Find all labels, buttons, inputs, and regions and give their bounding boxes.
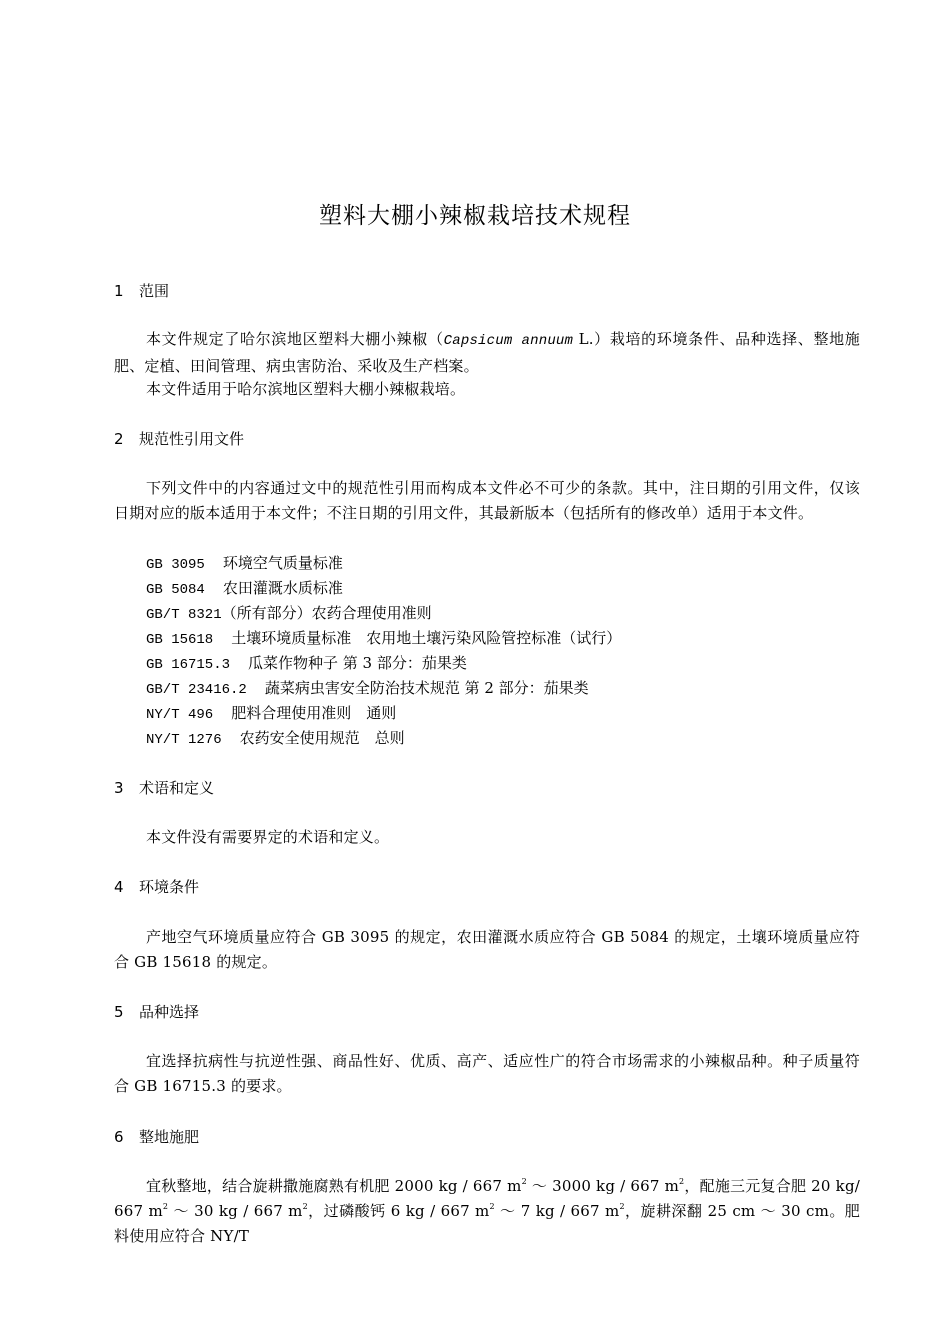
text-run: ～ 30 kg / 667 m: [168, 1202, 302, 1220]
reference-title: 农田灌溉水质标准: [223, 579, 343, 597]
reference-title: 肥料合理使用准则 通则: [231, 704, 396, 722]
reference-title: 蔬菜病虫害安全防治技术规范 第 2 部分：茄果类: [265, 679, 589, 697]
reference-title: （所有部分）农药合理使用准则: [222, 604, 432, 622]
reference-item: GB 15618土壤环境质量标准 农用地土壤污染风险管控标准（试行）: [146, 626, 621, 653]
scientific-name: Capsicum annuum: [444, 333, 574, 349]
text-run: ～ 3000 kg / 667 m: [527, 1177, 679, 1195]
section-title: 范围: [139, 282, 169, 300]
section-title: 品种选择: [139, 1003, 199, 1021]
variety-paragraph: 宜选择抗病性与抗逆性强、商品性好、优质、高产、适应性广的符合市场需求的小辣椒品种…: [114, 1049, 860, 1099]
reference-title: 农药安全使用规范 总则: [240, 729, 405, 747]
section-heading-1: 1范围: [114, 281, 169, 301]
reference-item: GB 5084农田灌溉水质标准: [146, 576, 343, 603]
reference-code: NY/T 1276: [146, 732, 222, 748]
section-number: 1: [114, 281, 139, 301]
scope-paragraph: 本文件规定了哈尔滨地区塑料大棚小辣椒（Capsicum annuum L.）栽培…: [114, 327, 860, 379]
reference-title: 瓜菜作物种子 第 3 部分：茄果类: [248, 654, 467, 672]
reference-code: GB/T 8321: [146, 607, 222, 623]
reference-code: GB 3095: [146, 557, 205, 573]
section-heading-6: 6整地施肥: [114, 1127, 199, 1147]
reference-item: GB/T 8321（所有部分）农药合理使用准则: [146, 601, 432, 628]
section-number: 4: [114, 877, 139, 897]
section-title: 整地施肥: [139, 1128, 199, 1146]
reference-code: NY/T 496: [146, 707, 213, 723]
section-title: 规范性引用文件: [139, 430, 244, 448]
terms-paragraph: 本文件没有需要界定的术语和定义。: [114, 825, 860, 850]
section-number: 5: [114, 1002, 139, 1022]
section-number: 3: [114, 778, 139, 798]
reference-item: NY/T 1276农药安全使用规范 总则: [146, 726, 405, 753]
section-title: 术语和定义: [139, 779, 214, 797]
text-run: ，过磷酸钙 6 kg / 667 m: [308, 1202, 490, 1220]
reference-code: GB 15618: [146, 632, 213, 648]
reference-item: GB 16715.3瓜菜作物种子 第 3 部分：茄果类: [146, 651, 467, 678]
environment-paragraph: 产地空气环境质量应符合 GB 3095 的规定，农田灌溉水质应符合 GB 508…: [114, 925, 860, 975]
text-run: ～ 7 kg / 667 m: [495, 1202, 620, 1220]
reference-title: 环境空气质量标准: [223, 554, 343, 572]
reference-title: 土壤环境质量标准 农用地土壤污染风险管控标准（试行）: [231, 629, 621, 647]
reference-item: GB 3095环境空气质量标准: [146, 551, 343, 578]
applicability-paragraph: 本文件适用于哈尔滨地区塑料大棚小辣椒栽培。: [114, 377, 860, 402]
section-heading-2: 2规范性引用文件: [114, 429, 244, 449]
reference-item: NY/T 496肥料合理使用准则 通则: [146, 701, 396, 728]
section-heading-4: 4环境条件: [114, 877, 199, 897]
reference-code: GB 16715.3: [146, 657, 230, 673]
normative-references-paragraph: 下列文件中的内容通过文中的规范性引用而构成本文件必不可少的条款。其中，注日期的引…: [114, 476, 860, 526]
reference-item: GB/T 23416.2蔬菜病虫害安全防治技术规范 第 2 部分：茄果类: [146, 676, 589, 703]
section-heading-5: 5品种选择: [114, 1002, 199, 1022]
section-title: 环境条件: [139, 878, 199, 896]
section-heading-3: 3术语和定义: [114, 778, 214, 798]
section-number: 6: [114, 1127, 139, 1147]
text-run: 本文件规定了哈尔滨地区塑料大棚小辣椒（: [146, 330, 444, 348]
section-number: 2: [114, 429, 139, 449]
fertilization-paragraph: 宜秋整地，结合旋耕撒施腐熟有机肥 2000 kg / 667 m2 ～ 3000…: [114, 1174, 860, 1249]
text-run: 宜秋整地，结合旋耕撒施腐熟有机肥 2000 kg / 667 m: [146, 1177, 522, 1195]
reference-code: GB 5084: [146, 582, 205, 598]
document-title: 塑料大棚小辣椒栽培技术规程: [0, 200, 950, 232]
reference-code: GB/T 23416.2: [146, 682, 247, 698]
document-page: 塑料大棚小辣椒栽培技术规程 1范围 本文件规定了哈尔滨地区塑料大棚小辣椒（Cap…: [0, 0, 950, 1344]
